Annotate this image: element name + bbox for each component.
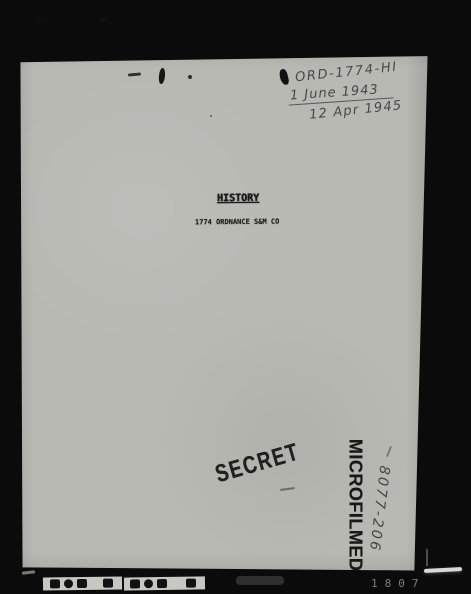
microfilmed-stamp-text: MICROFILMED (345, 439, 366, 571)
pencil-tick-mark (386, 446, 392, 457)
ink-tick-mark (426, 549, 428, 566)
page-blemish (210, 115, 212, 117)
ink-speck (100, 17, 107, 22)
registration-dot-mark (64, 579, 73, 588)
document-page: ORD-1774-HI 1 June 1943 12 Apr 1945 HIST… (18, 54, 430, 572)
microfilm-frame: ORD-1774-HI 1 June 1943 12 Apr 1945 HIST… (0, 0, 471, 594)
registration-square-mark (157, 579, 167, 588)
ink-speck (37, 17, 48, 24)
registration-dot-mark (144, 579, 153, 588)
frame-counter: 1807 (371, 577, 426, 590)
registration-square-mark (130, 579, 140, 588)
staple-mark (158, 68, 166, 85)
pencil-catalog-number: 8077-206 (366, 465, 393, 554)
document-unit-line: 1774 ORDNANCE S&M CO (195, 218, 279, 227)
registration-square-mark (103, 579, 113, 588)
film-density-strip (124, 576, 205, 590)
registration-square-mark (77, 579, 87, 588)
staple-mark (278, 68, 290, 85)
film-density-strip (43, 576, 122, 590)
secret-classification-stamp: SECRET (212, 437, 303, 489)
registration-square-mark (186, 579, 196, 588)
microfilmed-stamp: MICROFILMED (345, 439, 366, 581)
page-blemish (188, 75, 192, 79)
page-blemish (128, 72, 141, 76)
film-edge-smudge (236, 576, 284, 585)
stamp-smudge-dash (280, 487, 295, 491)
document-title: HISTORY (217, 193, 259, 204)
registration-square-mark (50, 579, 60, 588)
